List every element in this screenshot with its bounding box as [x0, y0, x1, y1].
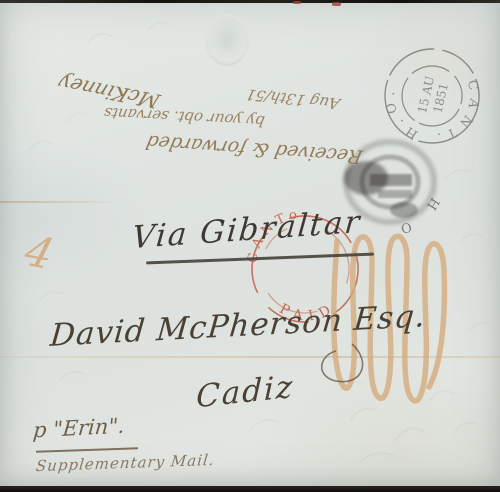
red-speck [332, 2, 341, 6]
scan-edge-top [0, 0, 500, 3]
ship-endorsement: p "Erin". [32, 414, 126, 443]
cover-photo: CANT. H.O. 15 AU 1851 H O [0, 0, 500, 492]
red-speck [293, 1, 301, 4]
scan-edge-bottom [0, 486, 500, 492]
